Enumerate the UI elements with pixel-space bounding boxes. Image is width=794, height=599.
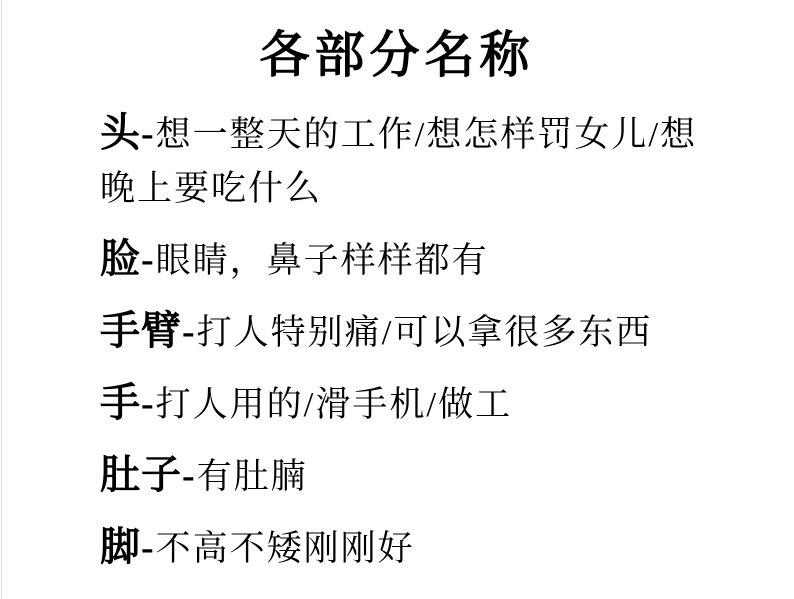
term-label: 脸 (100, 236, 141, 281)
separator-dash: - (182, 455, 197, 497)
term-label: 肚子 (100, 452, 182, 497)
term-description: 打人用的/滑手机/做工 (156, 385, 512, 424)
list-item: 脸-眼睛，鼻子样样都有 (100, 232, 716, 288)
list-item: 手臂-打人特别痛/可以拿很多东西 (100, 304, 716, 360)
separator-dash: - (141, 383, 156, 425)
term-label: 手 (100, 380, 141, 425)
list-item: 脚-不高不矮刚刚好 (100, 520, 716, 576)
separator-dash: - (182, 311, 197, 353)
vocab-list: 头-想一整天的工作/想怎样罚女儿/想晚上要吃什么 脸-眼睛，鼻子样样都有 手臂-… (100, 106, 716, 576)
term-description: 眼睛，鼻子样样都有 (156, 241, 489, 280)
list-item: 肚子-有肚腩 (100, 448, 716, 504)
separator-dash: - (141, 527, 156, 569)
term-label: 手臂 (100, 308, 182, 353)
term-description: 有肚腩 (197, 457, 308, 496)
term-label: 头 (100, 110, 141, 155)
term-description: 想一整天的工作/想怎样罚女儿/想晚上要吃什么 (100, 115, 697, 208)
term-label: 脚 (100, 524, 141, 569)
list-item: 头-想一整天的工作/想怎样罚女儿/想晚上要吃什么 (100, 106, 716, 216)
term-description: 打人特别痛/可以拿很多东西 (197, 313, 653, 352)
slide: 各部分名称 头-想一整天的工作/想怎样罚女儿/想晚上要吃什么 脸-眼睛，鼻子样样… (0, 0, 794, 599)
separator-dash: - (141, 239, 156, 281)
page-title: 各部分名称 (0, 26, 794, 84)
separator-dash: - (141, 113, 156, 155)
list-item: 手-打人用的/滑手机/做工 (100, 376, 716, 432)
term-description: 不高不矮刚刚好 (156, 529, 415, 568)
slide-left-edge-divider (1, 0, 2, 599)
